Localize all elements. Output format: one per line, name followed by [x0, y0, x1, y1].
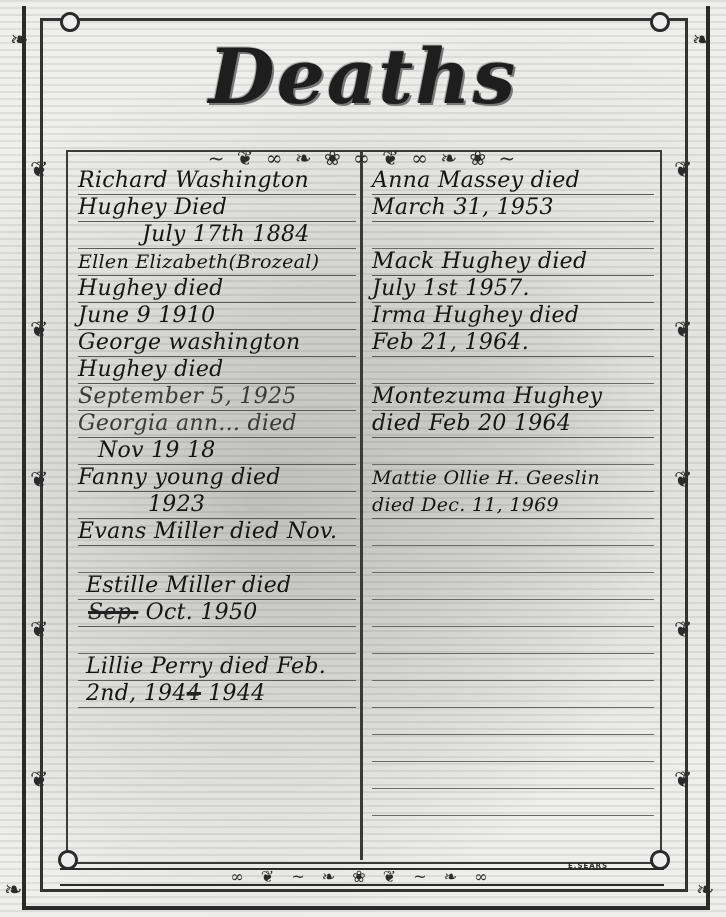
blank-line	[372, 708, 654, 735]
entry-line: March 31, 1953	[372, 195, 654, 222]
death-record-page: ❦ ❦ ❦ ❦ ❦ ❦ ❦ ❦ ❦ ❦ ❧ ❧ ❧ ❧ Deaths ~ ❦ ∞…	[0, 0, 726, 917]
entry-line: Sep. Oct. 1950	[78, 600, 356, 627]
leaf-ornament-icon: ❦	[30, 620, 48, 642]
blank-line	[78, 546, 356, 573]
entry-line: 1923	[78, 492, 356, 519]
entry-text: Oct. 1950	[138, 600, 257, 625]
entry-line: Lillie Perry died Feb.	[78, 654, 356, 681]
blank-line	[372, 681, 654, 708]
blank-line	[372, 789, 654, 816]
struck-text: Sep.	[88, 600, 138, 625]
vine-ornament-icon: ❧	[4, 880, 22, 902]
entry-line: Nov 19 18	[78, 438, 356, 465]
blank-line	[372, 546, 654, 573]
entry-line: Richard Washington	[78, 168, 356, 195]
entry-line: died Dec. 11, 1969	[372, 492, 654, 519]
left-column-entries: Richard Washington Hughey Died July 17th…	[78, 168, 356, 708]
blank-line	[372, 762, 654, 789]
blank-line	[372, 357, 654, 384]
entry-line: Anna Massey died	[372, 168, 654, 195]
entry-line: Estille Miller died	[78, 573, 356, 600]
blank-line	[372, 735, 654, 762]
entry-line: Georgia ann... died	[78, 411, 356, 438]
entry-line: June 9 1910	[78, 303, 356, 330]
entry-line: Evans Miller died Nov.	[78, 519, 356, 546]
leaf-ornament-icon: ❦	[674, 160, 692, 182]
entry-line: Hughey Died	[78, 195, 356, 222]
blank-line	[372, 600, 654, 627]
entry-line: Irma Hughey died	[372, 303, 654, 330]
printer-imprint: E.SEARS	[568, 862, 608, 870]
leaf-ornament-icon: ❦	[674, 470, 692, 492]
leaf-ornament-icon: ❦	[30, 770, 48, 792]
entry-line: 2nd, 1944 1944	[78, 681, 356, 708]
page-title: Deaths	[0, 32, 726, 121]
entry-line: Ellen Elizabeth(Brozeal)	[78, 249, 356, 276]
blank-line	[372, 519, 654, 546]
corner-ring-icon	[60, 12, 80, 32]
blank-line	[372, 654, 654, 681]
blank-line	[372, 438, 654, 465]
entry-line: September 5, 1925	[78, 384, 356, 411]
blank-line	[372, 627, 654, 654]
bottom-ornamental-band: ∞ ❦ ~ ❧ ❀ ❦ ~ ❧ ∞	[60, 868, 664, 886]
blank-line	[372, 222, 654, 249]
leaf-ornament-icon: ❦	[30, 160, 48, 182]
blank-line	[78, 627, 356, 654]
leaf-ornament-icon: ❦	[674, 770, 692, 792]
leaf-ornament-icon: ❦	[30, 320, 48, 342]
entry-line: Mattie Ollie H. Geeslin	[372, 465, 654, 492]
entry-line: Fanny young died	[78, 465, 356, 492]
corner-ring-icon	[650, 850, 670, 870]
entry-line: Montezuma Hughey	[372, 384, 654, 411]
entry-line: died Feb 20 1964	[372, 411, 654, 438]
entry-line: Mack Hughey died	[372, 249, 654, 276]
entry-line: Hughey died	[78, 276, 356, 303]
entry-text: 2nd, 194	[86, 681, 187, 706]
entry-line: July 1st 1957.	[372, 276, 654, 303]
title-flourish-divider: ~ ❦ ∞ ❧ ❀ ∞ ❦ ∞ ❧ ❀ ~	[70, 146, 656, 170]
right-column-entries: Anna Massey died March 31, 1953 Mack Hug…	[372, 168, 654, 816]
corner-ring-icon	[650, 12, 670, 32]
leaf-ornament-icon: ❦	[674, 320, 692, 342]
leaf-ornament-icon: ❦	[674, 620, 692, 642]
leaf-ornament-icon: ❦	[30, 470, 48, 492]
blank-line	[372, 573, 654, 600]
entry-line: George washington	[78, 330, 356, 357]
column-divider	[360, 150, 363, 860]
entry-line: Hughey died	[78, 357, 356, 384]
vine-ornament-icon: ❧	[696, 880, 714, 902]
entry-line: July 17th 1884	[78, 222, 356, 249]
struck-text: 4	[187, 681, 201, 706]
entry-text: 1944	[201, 681, 265, 706]
corner-ring-icon	[58, 850, 78, 870]
entry-line: Feb 21, 1964.	[372, 330, 654, 357]
